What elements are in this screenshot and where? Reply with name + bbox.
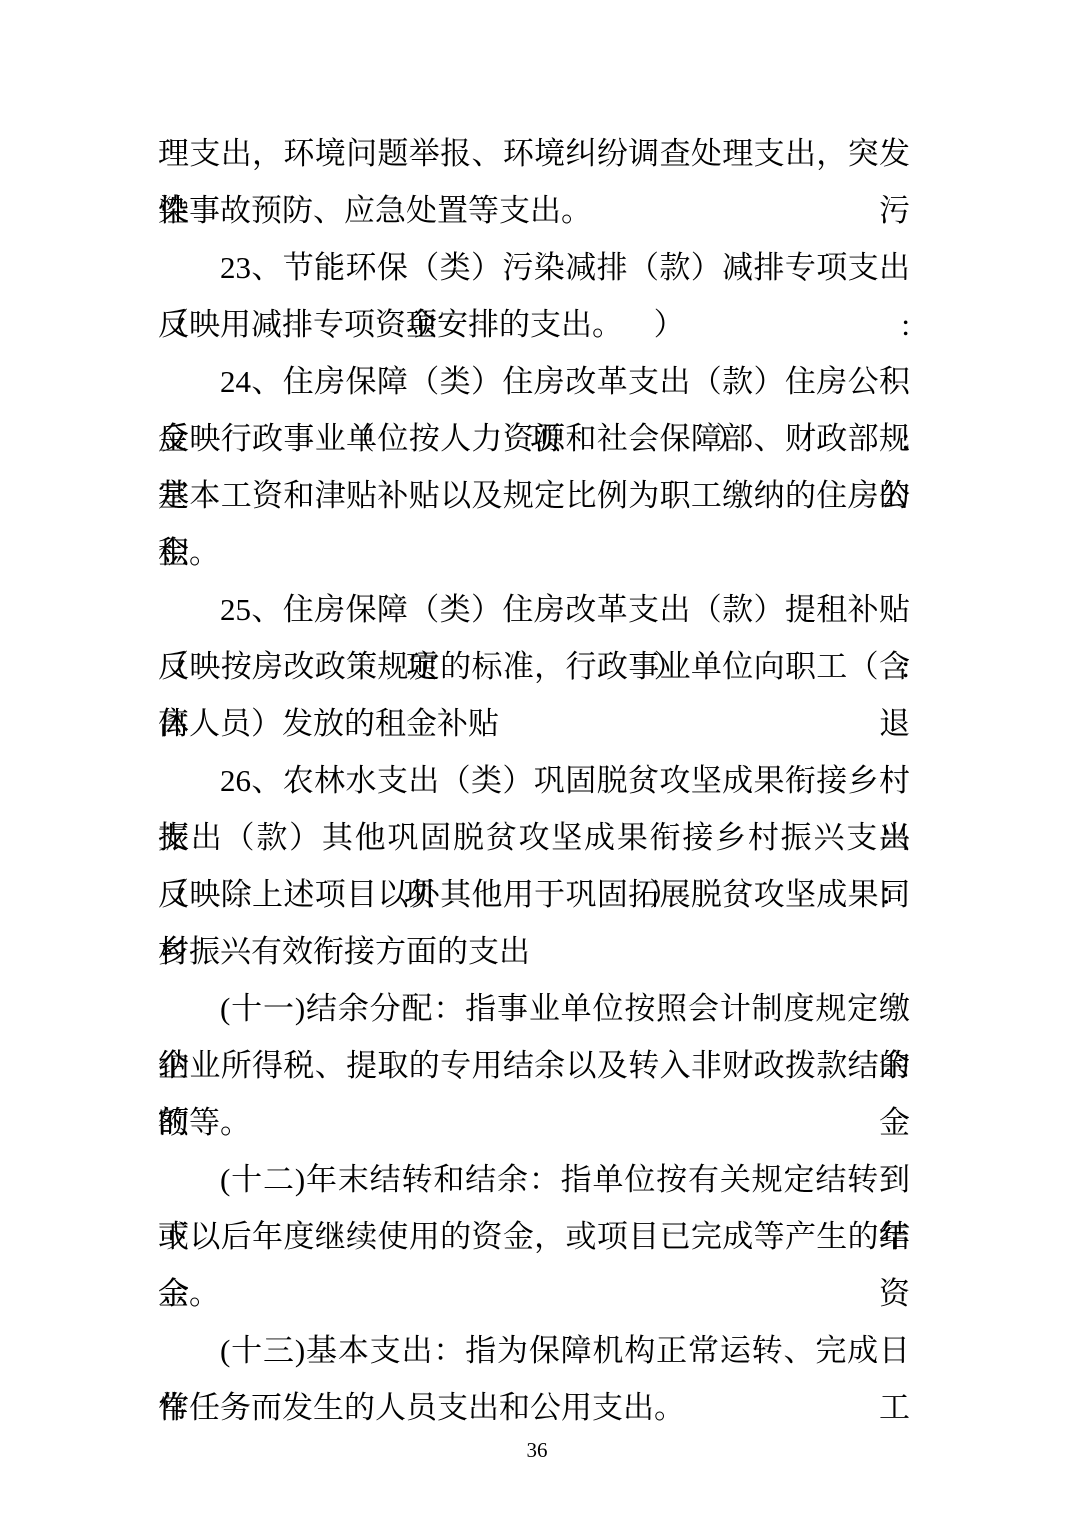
text-line: 25、住房保障（类）住房改革支出（款）提租补贴（项）: — [158, 581, 910, 638]
text-line: 或以后年度继续使用的资金，或项目已完成等产生的结余资 — [158, 1208, 910, 1265]
page-number: 36 — [0, 1436, 1074, 1464]
text-line: 基本工资和津贴补贴以及规定比例为职工缴纳的住房公积 — [158, 467, 910, 524]
text-line: 支出（款）其他巩固脱贫攻坚成果衔接乡村振兴支出（项）： — [158, 809, 910, 866]
text-line: 26、农林水支出（类）巩固脱贫攻坚成果衔接乡村振兴 — [158, 752, 910, 809]
paragraph: (十三)基本支出：指为保障机构正常运转、完成日常工作任务而发生的人员支出和公用支… — [158, 1322, 910, 1436]
text-line: (十一)结余分配：指事业单位按照会计制度规定缴纳的 — [158, 980, 910, 1037]
text-line: 村振兴有效衔接方面的支出 — [158, 923, 910, 980]
paragraph: 26、农林水支出（类）巩固脱贫攻坚成果衔接乡村振兴支出（款）其他巩固脱贫攻坚成果… — [158, 752, 910, 980]
text-line: 反映除上述项目以外其他用于巩固拓展脱贫攻坚成果同乡 — [158, 866, 910, 923]
paragraph: (十一)结余分配：指事业单位按照会计制度规定缴纳的企业所得税、提取的专用结余以及… — [158, 980, 910, 1151]
text-line: 理支出，环境问题举报、环境纠纷调查处理支出，突发性污 — [158, 125, 910, 182]
text-line: 24、住房保障（类）住房改革支出（款）住房公积金（项）: — [158, 353, 910, 410]
text-line: 反映按房改政策规定的标准，行政事业单位向职工（含离退 — [158, 638, 910, 695]
paragraph: 25、住房保障（类）住房改革支出（款）提租补贴（项）:反映按房改政策规定的标准，… — [158, 581, 910, 752]
text-line: 金。 — [158, 524, 910, 581]
text-line: (十二)年末结转和结余：指单位按有关规定结转到下年 — [158, 1151, 910, 1208]
text-line: (十三)基本支出：指为保障机构正常运转、完成日常工 — [158, 1322, 910, 1379]
text-line: 反映行政事业单位按人力资源和社会保障部、财政部规定的 — [158, 410, 910, 467]
paragraph: 23、节能环保（类）污染减排（款）减排专项支出（项）:反映用减排专项资金安排的支… — [158, 239, 910, 353]
text-line: 23、节能环保（类）污染减排（款）减排专项支出（项）: — [158, 239, 910, 296]
text-line: 企业所得税、提取的专用结余以及转入非财政拨款结余的金 — [158, 1037, 910, 1094]
document-body: 理支出，环境问题举报、环境纠纷调查处理支出，突发性污染事故预防、应急处置等支出。… — [158, 125, 910, 1436]
paragraph: 24、住房保障（类）住房改革支出（款）住房公积金（项）:反映行政事业单位按人力资… — [158, 353, 910, 581]
document-page: 理支出，环境问题举报、环境纠纷调查处理支出，突发性污染事故预防、应急处置等支出。… — [0, 0, 1074, 1520]
paragraph: (十二)年末结转和结余：指单位按有关规定结转到下年或以后年度继续使用的资金，或项… — [158, 1151, 910, 1322]
paragraph: 理支出，环境问题举报、环境纠纷调查处理支出，突发性污染事故预防、应急处置等支出。 — [158, 125, 910, 239]
